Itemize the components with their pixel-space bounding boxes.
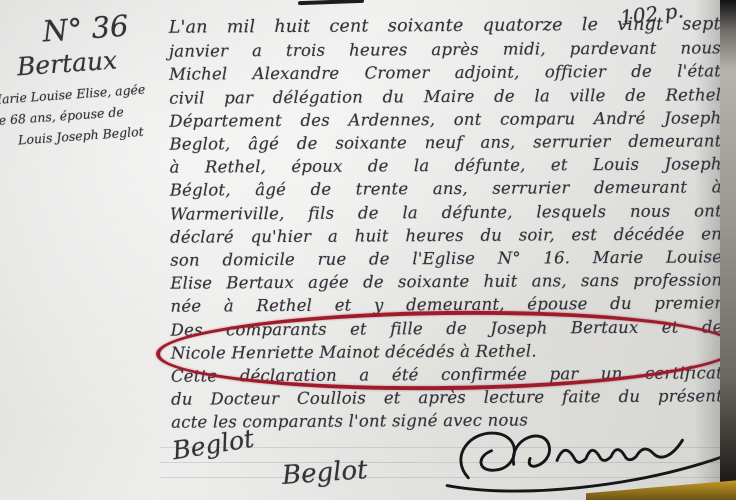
body-line: du Docteur Coullois et après lecture fai… <box>171 385 723 412</box>
body-line: Béglot, âgé de trente ans, serrurier dem… <box>170 176 722 203</box>
book-binding-edge <box>720 0 736 500</box>
body-line: civil par délégation du Maire de la vill… <box>169 83 721 110</box>
body-line: Elise Bertaux agée de soixante huit ans,… <box>170 269 722 296</box>
body-line: Cette déclaration a été confirmée par un… <box>171 361 723 388</box>
body-line: L'an mil huit cent soixante quatorze le … <box>169 13 721 40</box>
body-line: Warmeriville, fils de la défunte, lesque… <box>170 199 722 226</box>
page-edge-shadow <box>694 0 720 500</box>
body-line: Beglot, âgé de soixante neuf ans, serrur… <box>169 129 721 156</box>
act-body-text: L'an mil huit cent soixante quatorze le … <box>169 13 724 434</box>
death-record-scan: 102 p. N° 36 Bertaux Marie Louise Elise,… <box>0 0 736 500</box>
body-line: déclaré qu'hier a huit heures du soir, e… <box>170 222 722 249</box>
signature-beglot-center: Beglot <box>281 455 368 491</box>
body-line: son domicile rue de l'Eglise N° 16. Mari… <box>170 245 722 272</box>
top-ink-streak <box>298 0 364 5</box>
body-line: née à Rethel et y demeurant, épouse du p… <box>170 292 722 319</box>
body-line-circled: Des comparants et fille de Joseph Bertau… <box>171 315 723 342</box>
body-line-circled: Nicole Henriette Mainot décédés à Rethel… <box>171 338 723 365</box>
margin-note: N° 36 Bertaux Marie Louise Elise, agée d… <box>0 6 177 153</box>
body-line: Michel Alexandre Cromer adjoint, officie… <box>169 60 721 87</box>
body-line: à Rethel, époux de la défunte, et Louis … <box>170 153 722 180</box>
body-line: Département des Ardennes, ont comparu An… <box>169 106 721 133</box>
margin-surname: Bertaux <box>16 42 173 82</box>
body-line: janvier a trois heures après midi, parde… <box>169 37 721 64</box>
